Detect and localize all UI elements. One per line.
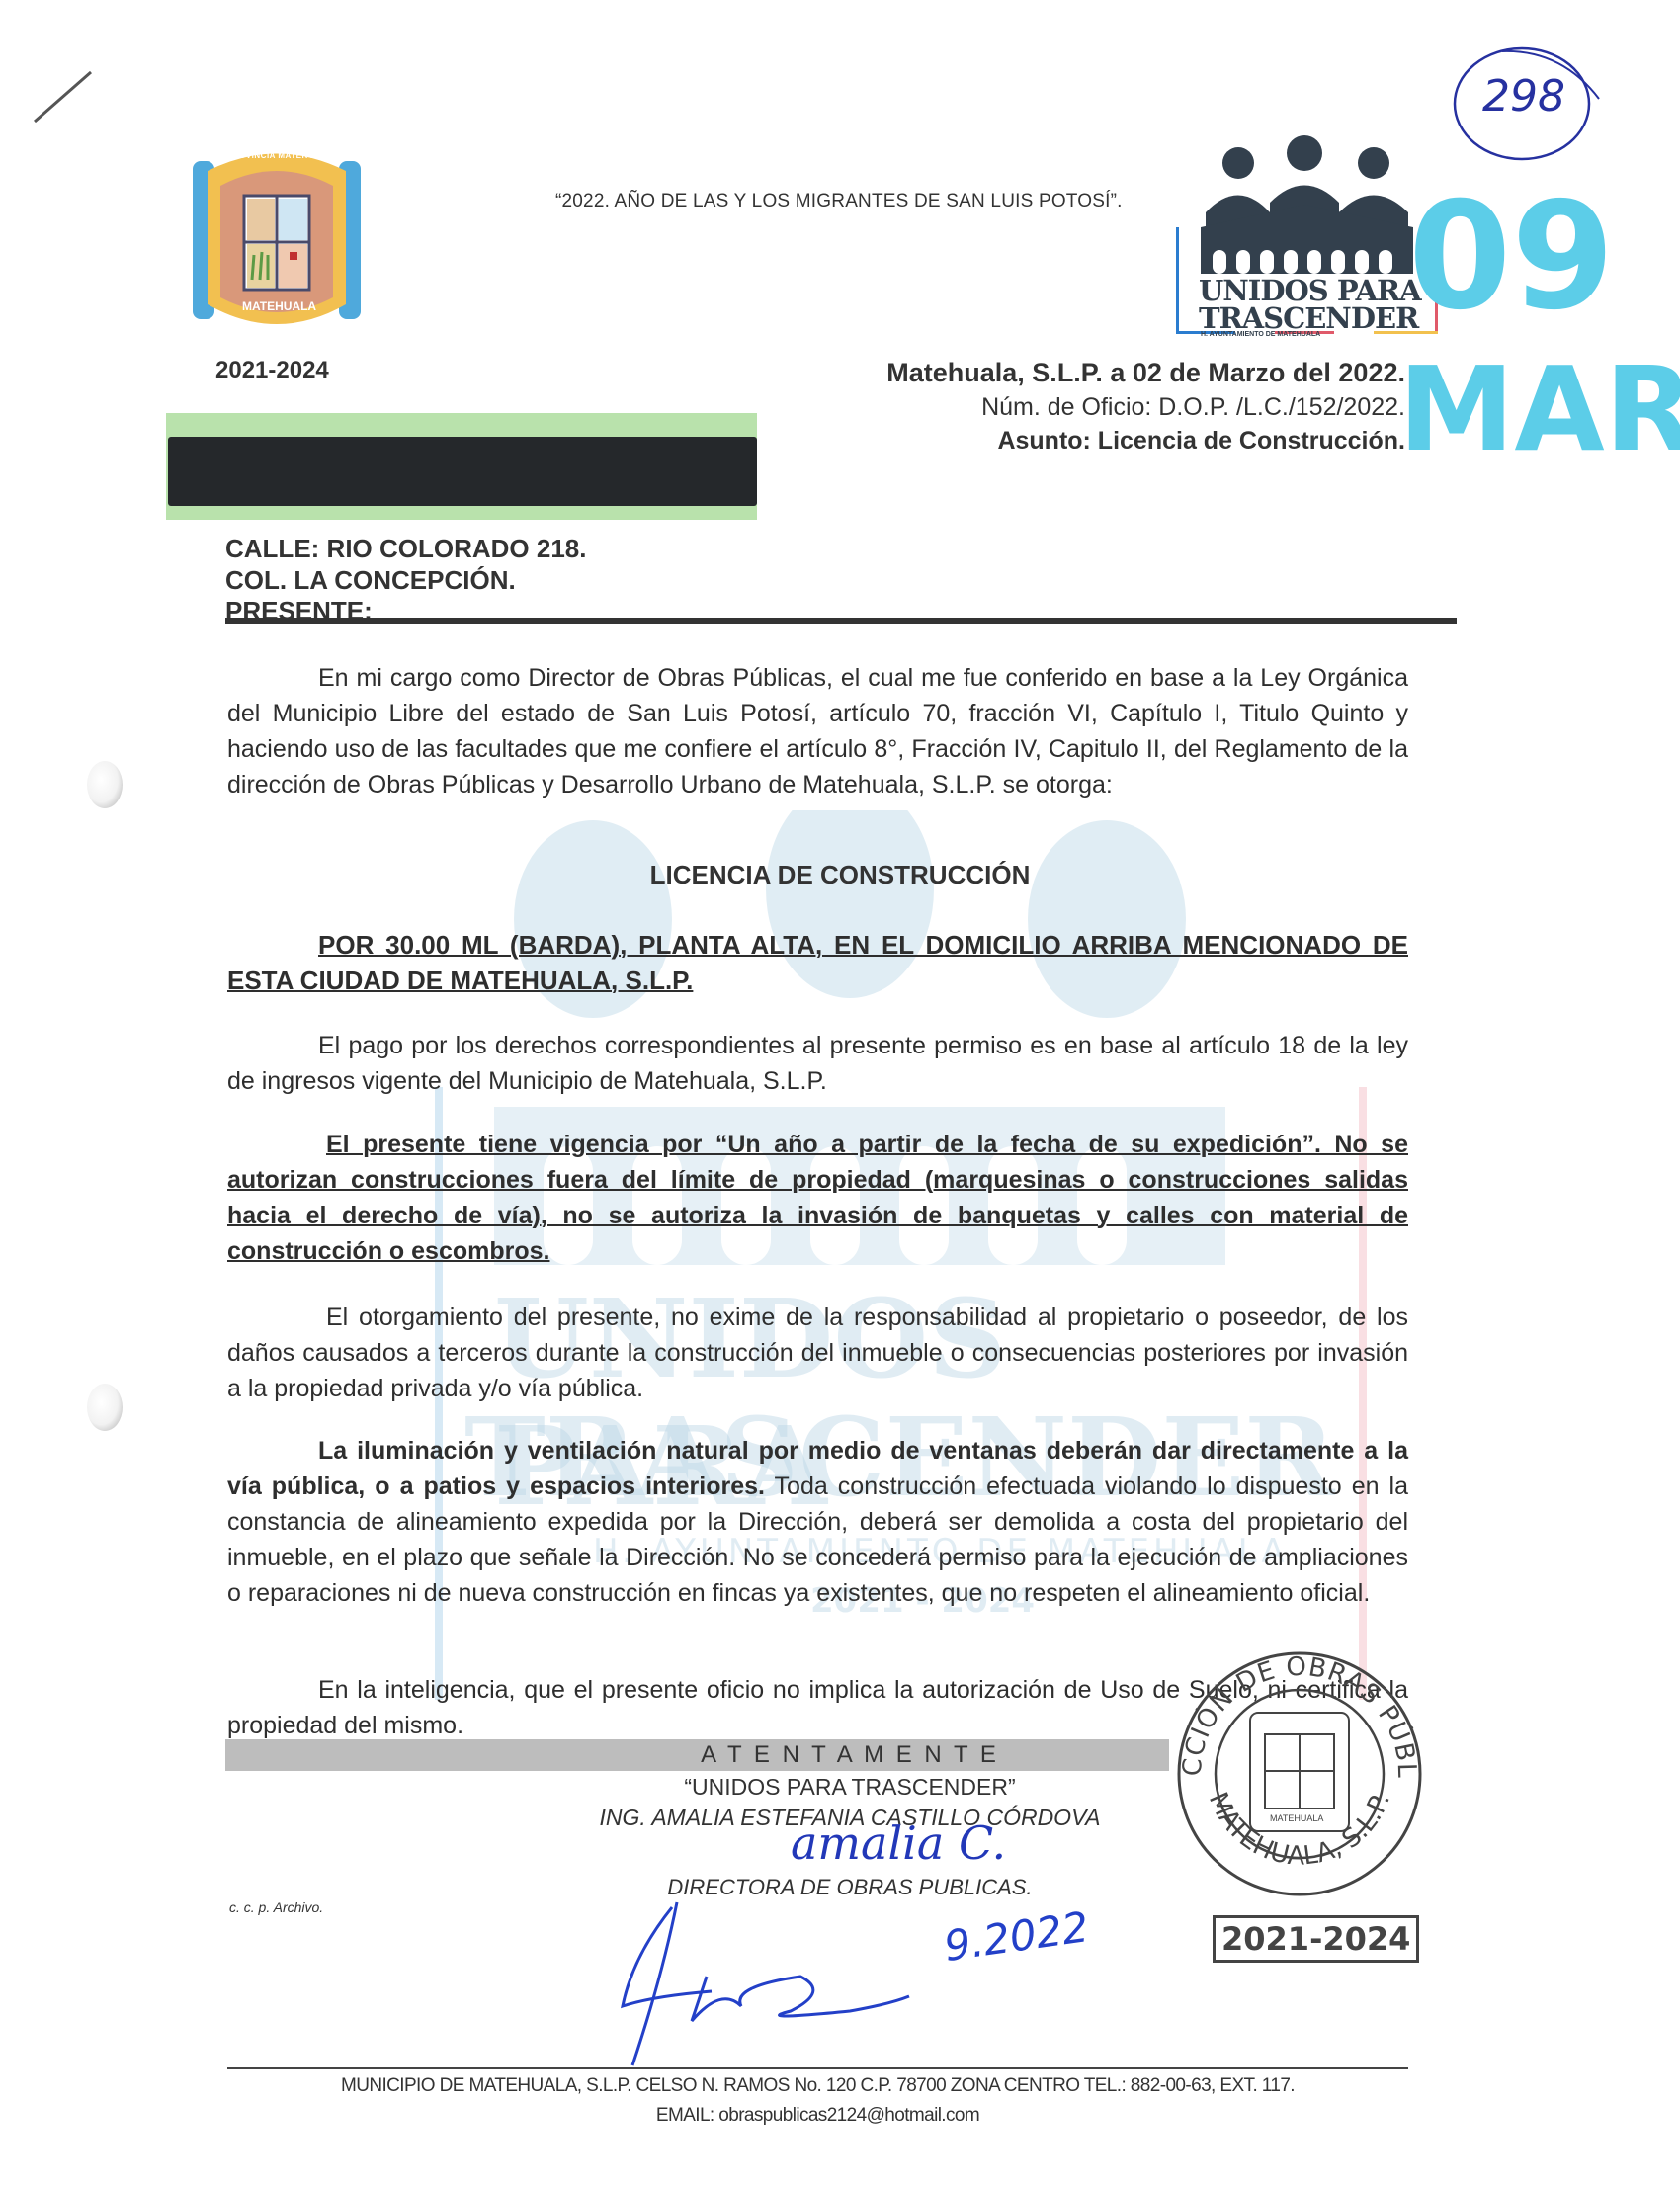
coat-banner-text: PROVINCIA MATER AETERNA [227,151,352,160]
signature-slogan: “UNIDOS PARA TRASCENDER” [553,1774,1146,1801]
coat-name-text: MATEHUALA [242,299,316,313]
closing-text: A T E N T A M E N T E [553,1741,1146,1769]
received-stamp-day: 09 [1408,183,1615,331]
recipient-colony: COL. LA CONCEPCIÓN. [225,565,516,596]
year-motto: “2022. AÑO DE LAS Y LOS MIGRANTES DE SAN… [555,191,1123,212]
subject-line: Asunto: Licencia de Construcción. [997,427,1405,456]
logo-subtitle: H. AYUNTAMIENTO DE MATEHUALA [1201,331,1320,338]
document-date: Matehuala, S.L.P. a 02 de Marzo del 2022… [886,358,1405,388]
paragraph-payment-text: El pago por los derechos correspondiente… [227,1032,1408,1095]
paragraph-authority-text: En mi cargo como Director de Obras Públi… [227,664,1408,799]
footer-address: MUNICIPIO DE MATEHUALA, S.L.P. CELSO N. … [227,2075,1408,2097]
seal-icon: DIRECCIÓN DE OBRAS PÚBLICAS MATEHUALA, S… [1171,1645,1428,1902]
circled-number-text: 298 [1482,71,1565,122]
paragraph-ventilation: La iluminación y ventilación natural por… [227,1433,1408,1611]
paragraph-validity: El presente tiene vigencia por “Un año a… [227,1127,1408,1269]
coat-of-arms-logo: PROVINCIA MATER AETERNA MATEHUALA [183,141,371,339]
received-stamp-month: MAR [1398,351,1680,467]
paragraph-authority: En mi cargo como Director de Obras Públi… [227,660,1408,802]
logo-line2: TRASCENDER [1199,301,1418,335]
seal-years-box: 2021-2024 [1213,1915,1419,1963]
paragraph-liability-text: El otorgamiento del presente, no exime d… [227,1304,1408,1402]
years-label-left: 2021-2024 [215,357,329,384]
pen-stroke-mark [30,64,99,128]
license-detail: POR 30.00 ML (BARDA), PLANTA ALTA, EN EL… [227,927,1408,998]
recipient-name-redaction [168,437,757,506]
paragraph-validity-text: El presente tiene vigencia por “Un año a… [227,1131,1408,1265]
hole-punch-bottom [87,1384,123,1431]
ccp-archive: c. c. p. Archivo. [229,1899,323,1915]
official-seal: DIRECCIÓN DE OBRAS PÚBLICAS MATEHUALA, S… [1171,1645,1428,1902]
header-divider [225,618,1457,624]
paragraph-payment: El pago por los derechos correspondiente… [227,1028,1408,1099]
license-detail-text: POR 30.00 ML (BARDA), PLANTA ALTA, EN EL… [227,930,1408,995]
handwritten-signature-amalia: amalia C. [791,1816,1006,1870]
license-title: LICENCIA DE CONSTRUCCIÓN [0,860,1680,890]
footer-email: EMAIL: obraspublicas2124@hotmail.com [227,2105,1408,2127]
hole-punch-top [87,761,123,808]
seal-inner-label: MATEHUALA [1270,1813,1323,1823]
oficio-number: Núm. de Oficio: D.O.P. /L.C./152/2022. [981,393,1405,422]
footer-divider [227,2067,1408,2069]
paragraph-liability: El otorgamiento del presente, no exime d… [227,1300,1408,1406]
recipient-street: CALLE: RIO COLORADO 218. [225,534,586,564]
